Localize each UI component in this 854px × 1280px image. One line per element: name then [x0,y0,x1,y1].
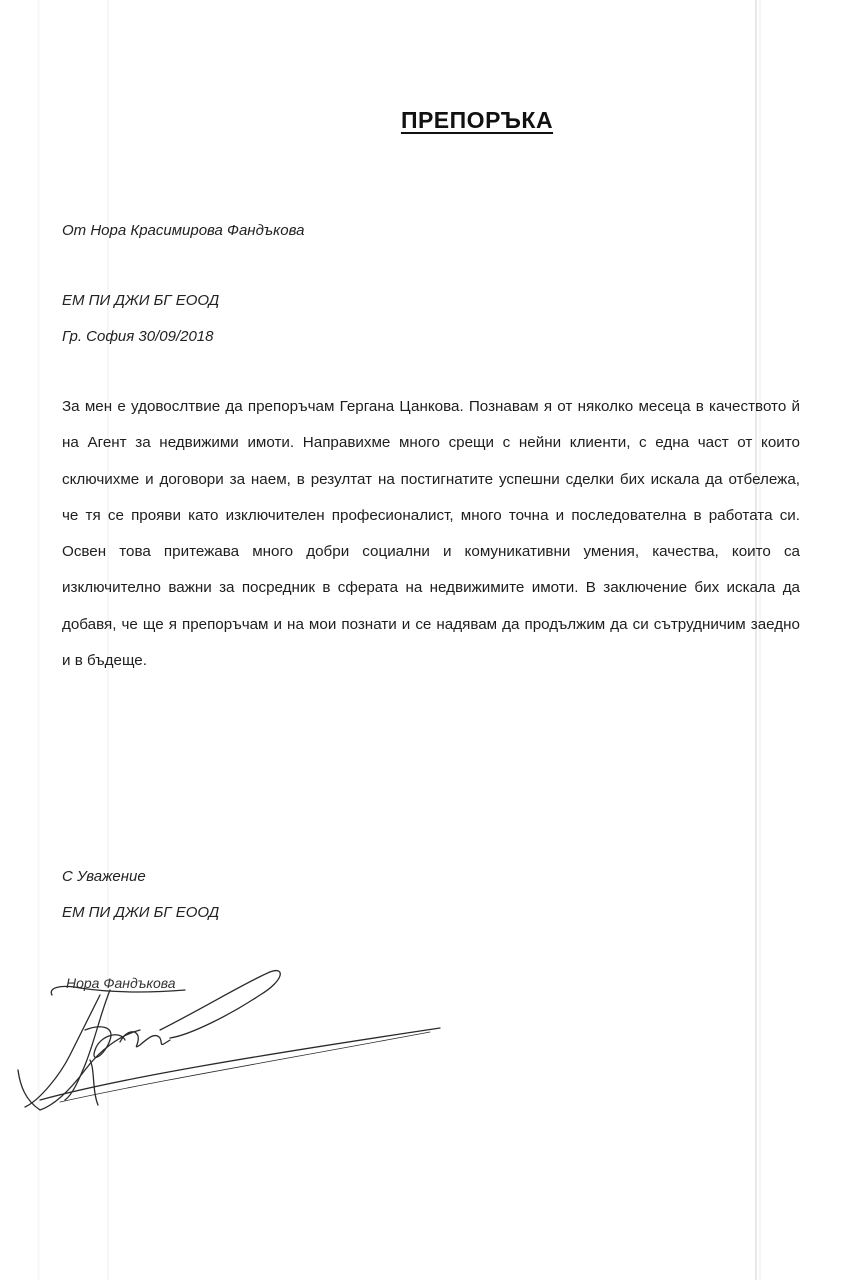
document-title: ПРЕПОРЪКА [0,107,854,134]
from-line: От Нора Красимирова Фандъкова [62,222,304,239]
place-date: Гр. София 30/09/2018 [62,328,213,345]
body-line: на Агент за недвижими имоти. Направихме … [62,425,800,461]
company-name: ЕМ ПИ ДЖИ БГ ЕООД [62,292,219,309]
closing-company: ЕМ ПИ ДЖИ БГ ЕООД [62,904,219,921]
body-line: че тя се прояви като изключителен профес… [62,498,800,534]
signature-icon [0,960,460,1120]
body-line: сключихме и договори за наем, в резултат… [62,462,800,498]
body-line: и в бъдеще. [62,643,800,679]
body-line: Освен това притежава много добри социалн… [62,534,800,570]
closing-salutation: С Уважение [62,868,146,885]
body-line: добавя, че ще я препоръчам и на мои позн… [62,607,800,643]
body-line: За мен е удовослтвие да препоръчам Герга… [62,389,800,425]
body-line: изключително важни за посредник в сферат… [62,570,800,606]
recommendation-body: За мен е удовослтвие да препоръчам Герга… [62,389,800,679]
